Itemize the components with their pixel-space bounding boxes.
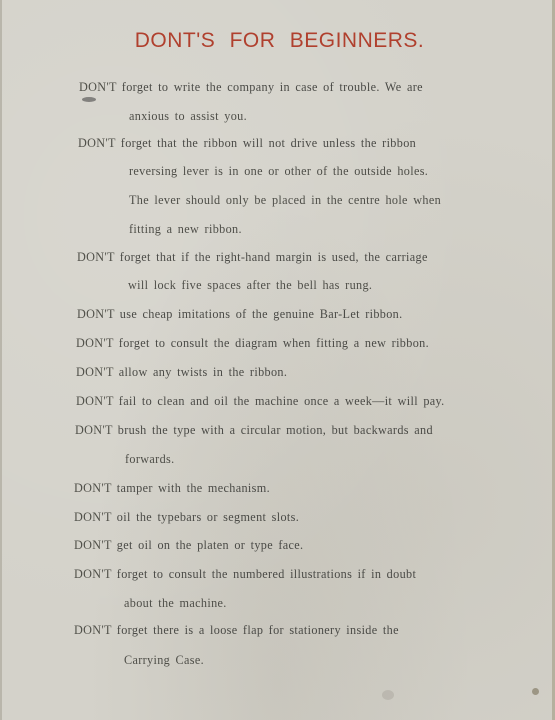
item-text: fail to clean and oil the machine once a… (119, 394, 445, 408)
item-text: brush the type with a circular motion, b… (118, 423, 433, 437)
dont-prefix: DON'T (75, 423, 113, 437)
item-text: oil the typebars or segment slots. (117, 510, 299, 524)
dont-prefix: DON'T (74, 567, 112, 581)
stain-mark (532, 688, 539, 695)
dont-prefix: DON'T (77, 307, 115, 321)
item-continuation: anxious to assist you. (129, 109, 247, 124)
dont-prefix: DON'T (77, 250, 115, 264)
item-line: DON'Tforget to consult the diagram when … (76, 336, 429, 351)
dont-prefix: DON'T (74, 481, 112, 495)
item-line: DON'Toil the typebars or segment slots. (74, 510, 299, 525)
dont-prefix: DON'T (74, 538, 112, 552)
item-line: DON'Tforget that if the right-hand margi… (77, 250, 428, 265)
item-text: forget that the ribbon will not drive un… (121, 136, 416, 150)
dont-prefix: DON'T (74, 510, 112, 524)
item-text: use cheap imitations of the genuine Bar-… (120, 307, 403, 321)
item-text: forget that if the right-hand margin is … (120, 250, 428, 264)
item-continuation: Carrying Case. (124, 653, 204, 668)
item-line: DON'Tforget there is a loose flap for st… (74, 623, 399, 638)
item-continuation: The lever should only be placed in the c… (129, 193, 441, 208)
item-text: tamper with the mechanism. (117, 481, 270, 495)
item-text: forget to consult the numbered illustrat… (117, 567, 416, 581)
item-continuation: will lock five spaces after the bell has… (128, 278, 372, 293)
item-line: DON'Tforget to consult the numbered illu… (74, 567, 416, 582)
item-continuation: reversing lever is in one or other of th… (129, 164, 428, 179)
item-continuation: fitting a new ribbon. (129, 222, 242, 237)
item-line: DON'Tget oil on the platen or type face. (74, 538, 303, 553)
item-line: DON'Tbrush the type with a circular moti… (75, 423, 433, 438)
dont-prefix: DON'T (79, 80, 117, 94)
item-text: forget there is a loose flap for station… (117, 623, 399, 637)
item-text: forget to consult the diagram when fitti… (119, 336, 429, 350)
item-continuation: about the machine. (124, 596, 227, 611)
dont-prefix: DON'T (76, 336, 114, 350)
item-line: DON'Tfail to clean and oil the machine o… (76, 394, 445, 409)
title-text: DONT'S FOR BEGINNERS. (135, 29, 425, 53)
ink-mark (82, 97, 96, 102)
item-line: DON'Ttamper with the mechanism. (74, 481, 270, 496)
dont-prefix: DON'T (76, 394, 114, 408)
dont-prefix: DON'T (76, 365, 114, 379)
stain-mark (382, 690, 394, 700)
item-line: DON'Tallow any twists in the ribbon. (76, 365, 287, 380)
document-page: DONT'S FOR BEGINNERS. DON'Tforget to wri… (0, 0, 555, 720)
dont-prefix: DON'T (78, 136, 116, 150)
item-line: DON'Tforget to write the company in case… (79, 80, 423, 95)
item-line: DON'Tforget that the ribbon will not dri… (78, 136, 416, 151)
dont-prefix: DON'T (74, 623, 112, 637)
item-text: get oil on the platen or type face. (117, 538, 304, 552)
item-text: forget to write the company in case of t… (122, 80, 423, 94)
item-line: DON'Tuse cheap imitations of the genuine… (77, 307, 403, 322)
page-title: DONT'S FOR BEGINNERS. (2, 29, 555, 53)
item-continuation: forwards. (125, 452, 175, 467)
item-text: allow any twists in the ribbon. (119, 365, 287, 379)
